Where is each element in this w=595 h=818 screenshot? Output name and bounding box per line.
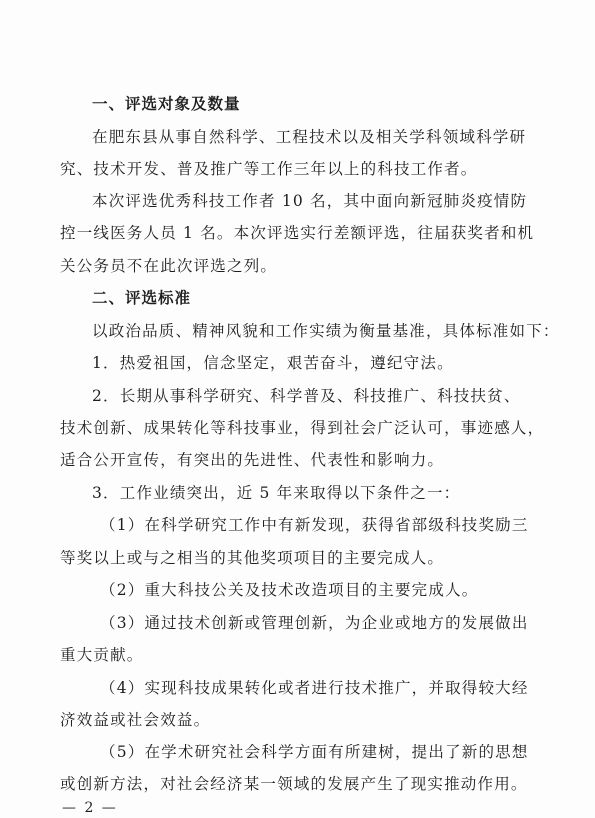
paragraph-line: 济效益或社会效益。	[60, 710, 535, 730]
criterion-3: 3．工作业绩突出，近 5 年来取得以下条件之一：	[92, 483, 567, 503]
paragraph-line: 重大贡献。	[60, 645, 535, 665]
paragraph-line: 技术创新、成果转化等科技事业，得到社会广泛认可，事迹感人，	[60, 418, 535, 438]
section-heading-2: 二、评选标准	[92, 288, 567, 308]
criterion-2: 2．长期从事科学研究、科学普及、科技推广、科技扶贫、	[92, 386, 567, 406]
paragraph-line: 控一线医务人员 1 名。本次评选实行差额评选，往届获奖者和机	[60, 223, 535, 243]
page-number: — 2 —	[62, 800, 118, 816]
condition-1: （1）在科学研究工作中有新发现，获得省部级科技奖励三	[100, 515, 575, 535]
document-page: 一、评选对象及数量 在肥东县从事自然科学、工程技术以及相关学科领域科学研 究、技…	[0, 0, 595, 818]
condition-5: （5）在学术研究社会科学方面有所建树，提出了新的思想	[100, 742, 575, 762]
paragraph-line: 以政治品质、精神风貌和工作实绩为衡量基准，具体标准如下：	[92, 321, 567, 341]
paragraph-line: 适合公开宣传，有突出的先进性、代表性和影响力。	[60, 450, 535, 470]
criterion-1: 1．热爱祖国，信念坚定，艰苦奋斗，遵纪守法。	[92, 353, 567, 373]
paragraph-line: 等奖以上或与之相当的其他奖项项目的主要完成人。	[60, 548, 535, 568]
paragraph-line: 在肥东县从事自然科学、工程技术以及相关学科领域科学研	[92, 127, 567, 147]
paragraph-line: 关公务员不在此次评选之列。	[60, 256, 535, 276]
paragraph-line: 究、技术开发、普及推广等工作三年以上的科技工作者。	[60, 159, 535, 179]
paragraph-line: 本次评选优秀科技工作者 10 名，其中面向新冠肺炎疫情防	[92, 191, 567, 211]
section-heading-1: 一、评选对象及数量	[92, 94, 567, 114]
condition-4: （4）实现科技成果转化或者进行技术推广，并取得较大经	[100, 678, 575, 698]
condition-2: （2）重大科技公关及技术改造项目的主要完成人。	[100, 580, 575, 600]
paragraph-line: 或创新方法，对社会经济某一领域的发展产生了现实推动作用。	[60, 774, 535, 794]
condition-3: （3）通过技术创新或管理创新，为企业或地方的发展做出	[100, 613, 575, 633]
